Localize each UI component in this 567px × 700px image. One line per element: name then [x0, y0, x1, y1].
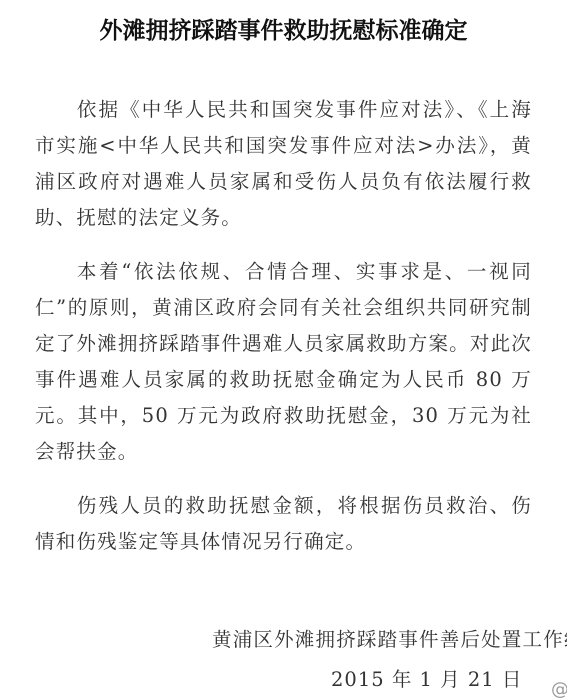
issue-date: 2015 年 1 月 21 日 — [331, 664, 522, 692]
paragraph-compensation-standard: 本着“依法依规、合情合理、实事求是、一视同仁”的原则，黄浦区政府会同有关社会组织… — [35, 254, 532, 470]
document-body: 依据《中华人民共和国突发事件应对法》、《上海市实施<中华人民共和国突发事件应对法… — [35, 92, 532, 578]
paragraph-injured-compensation: 伤残人员的救助抚慰金额，将根据伤员救治、伤情和伤残鉴定等具体情况另行确定。 — [35, 488, 532, 560]
paragraph-legal-basis: 依据《中华人民共和国突发事件应对法》、《上海市实施<中华人民共和国突发事件应对法… — [35, 92, 532, 236]
issuer-signature: 黄浦区外滩拥挤踩踏事件善后处置工作组 — [212, 624, 567, 652]
watermark-at-icon: @ — [551, 679, 567, 700]
document-title: 外滩拥挤踩踏事件救助抚慰标准确定 — [0, 12, 567, 45]
